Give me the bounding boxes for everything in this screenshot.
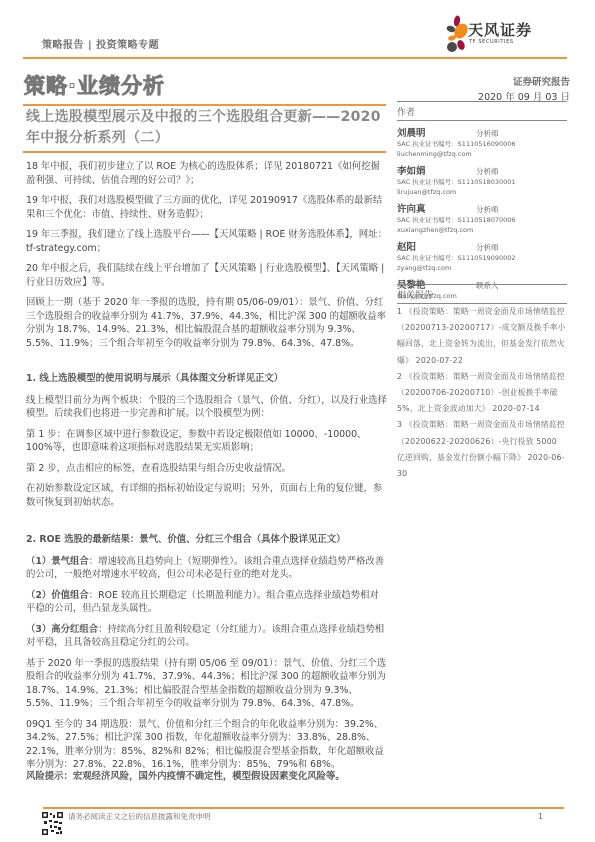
author-email[interactable]: zyang@tfzq.com xyxy=(397,263,567,273)
logo-petals-icon xyxy=(446,15,468,55)
related-report-item[interactable]: 1 《投资策略：策略一周资金面及市场情绪监控（20200713-20200717… xyxy=(397,304,567,369)
logo-text-cn: 天风证券 xyxy=(468,19,532,40)
group-label: （2）价值组合 xyxy=(26,590,89,601)
authors-panel: 作者 刘晨明分析师 SAC 执业证书编号：S1110516090006 liuc… xyxy=(397,101,567,301)
author-name: 许向真 xyxy=(397,201,476,215)
section-1-paragraph: 第 2 步，点击相应的标签，查看选股结果与组合历史收益情况。 xyxy=(26,462,388,476)
review-paragraph: 回顾上一期（基于 2020 年一季报的选股，持有期 05/06-09/01）：景… xyxy=(26,296,388,350)
group-label: （1）景气组合 xyxy=(26,556,89,567)
group-label: （3）高分红组合 xyxy=(26,624,98,635)
author-role: 分析师 xyxy=(476,167,499,176)
intro-paragraph: 18 年中报，我们初步建立了以 ROE 为核心的选股体系；详见 20180721… xyxy=(26,160,388,187)
intro-paragraph: 19 年三季报，我们建立了线上选股平台——【天风策略 | ROE 财务选股体系】… xyxy=(26,228,388,255)
author-cert: SAC 执业证书编号：S1110516090006 xyxy=(397,139,567,149)
divider xyxy=(397,120,567,121)
author-email[interactable]: lirujuan@tfzq.com xyxy=(397,187,567,197)
report-type: 证券研究报告 xyxy=(513,74,570,88)
section-1-paragraph: 在初始参数设定区域，有详细的指标初始设定与说明；另外，页面右上角的复位键，参数可… xyxy=(26,482,388,509)
author-name: 赵阳 xyxy=(397,239,476,253)
author-name: 李如娟 xyxy=(397,163,476,177)
related-label: 相关报告 xyxy=(397,285,567,303)
author-entry: 许向真分析师 SAC 执业证书编号：S1110518070006 xuxiang… xyxy=(397,201,567,235)
group-paragraph-value: （2）价值组合：ROE 较高且长期稳定（长期盈利能力）。组合重点选择业绩趋势相对… xyxy=(26,589,388,616)
logo-text-en: TF SECURITIES xyxy=(469,39,514,45)
related-reports-panel: 相关报告 1 《投资策略：策略一周资金面及市场情绪监控（20200713-202… xyxy=(397,284,567,482)
author-role: 分析师 xyxy=(476,243,499,252)
author-role: 分析师 xyxy=(476,129,499,138)
page-number: 1 xyxy=(538,812,543,821)
report-category: 策略报告 | 投资策略专题 xyxy=(42,36,159,51)
author-role: 分析师 xyxy=(476,205,499,214)
section-1-paragraph: 第 1 步：在调参区域中进行参数设定，参数中若设定极限值如 10000、-100… xyxy=(26,428,388,455)
related-report-item[interactable]: 3 《投资策略：策略一周资金面及市场情绪监控（20200622-20200626… xyxy=(397,417,567,482)
section-2-heading: 2. ROE 选股的最新结果：景气、价值、分红三个组合（具体个股详见正文） xyxy=(26,533,388,547)
author-cert: SAC 执业证书编号：S1110519090002 xyxy=(397,253,567,263)
title-rule-bottom xyxy=(23,151,386,153)
author-email[interactable]: xuxiangzhen@tfzq.com xyxy=(397,225,567,235)
author-cert: SAC 执业证书编号：S1110518070006 xyxy=(397,215,567,225)
section-2-paragraph: 基于 2020 年一季报的选股结果（持有期 05/06 至 09/01）：景气、… xyxy=(26,657,388,711)
author-cert: SAC 执业证书编号：S1110518030001 xyxy=(397,177,567,187)
intro-paragraph: 20 年中报之后，我们陆续在线上平台增加了【天风策略 | 行业选股模型】、【天风… xyxy=(26,262,388,289)
intro-paragraph: 19 年中报，我们对选股模型做了三方面的优化，详见 20190917《选股体系的… xyxy=(26,194,388,221)
related-report-item[interactable]: 2 《投资策略：策略一周资金面及市场情绪监控（20200706-20200710… xyxy=(397,369,567,418)
summary-body: 18 年中报，我们初步建立了以 ROE 为核心的选股体系；详见 20180721… xyxy=(26,160,388,779)
company-logo: 天风证券 TF SECURITIES xyxy=(446,15,566,57)
section-1-paragraph: 线上模型目前分为两个板块：个股的三个选股组合（景气、价值、分红），以及行业选择模… xyxy=(26,394,388,421)
group-paragraph-growth: （1）景气组合：增速较高且趋势向上（短期弹性）。该组合重点选择业绩趋势严格改善的… xyxy=(26,555,388,582)
author-email[interactable]: liuchenming@tfzq.com xyxy=(397,149,567,159)
qr-code-icon xyxy=(42,812,63,835)
author-name: 刘晨明 xyxy=(397,125,476,139)
group-paragraph-dividend: （3）高分红组合：持续高分红且盈利较稳定（分红能力）。该组合重点选择业绩趋势相对… xyxy=(26,623,388,650)
disclaimer-note: 请务必阅读正文之后的信息披露和免责申明 xyxy=(68,811,211,822)
author-entry: 刘晨明分析师 SAC 执业证书编号：S1110516090006 liuchen… xyxy=(397,125,567,159)
risk-warning: 风险提示：宏观经济风险，国外内疫情不确定性，模型假设因素变化风险等。 xyxy=(26,768,345,782)
header-rule xyxy=(23,57,567,59)
title-rule-top xyxy=(23,104,386,106)
authors-label: 作者 xyxy=(397,102,567,120)
section-1-heading: 1. 线上选股模型的使用说明与展示（具体图文分析详见正文） xyxy=(26,372,388,386)
document-title: 线上选股模型展示及中报的三个选股组合更新——2020 年中报分析系列（二） xyxy=(26,107,391,149)
footer-rule xyxy=(43,807,564,809)
author-entry: 李如娟分析师 SAC 执业证书编号：S1110518030001 lirujua… xyxy=(397,163,567,197)
section-2-paragraph: 09Q1 至今的 34 期选股：景气、价值和分红三个组合的年化收益率分别为：39… xyxy=(26,718,388,772)
page-title: 策略·业绩分析 xyxy=(24,70,165,100)
author-entry: 赵阳分析师 SAC 执业证书编号：S1110519090002 zyang@tf… xyxy=(397,239,567,273)
